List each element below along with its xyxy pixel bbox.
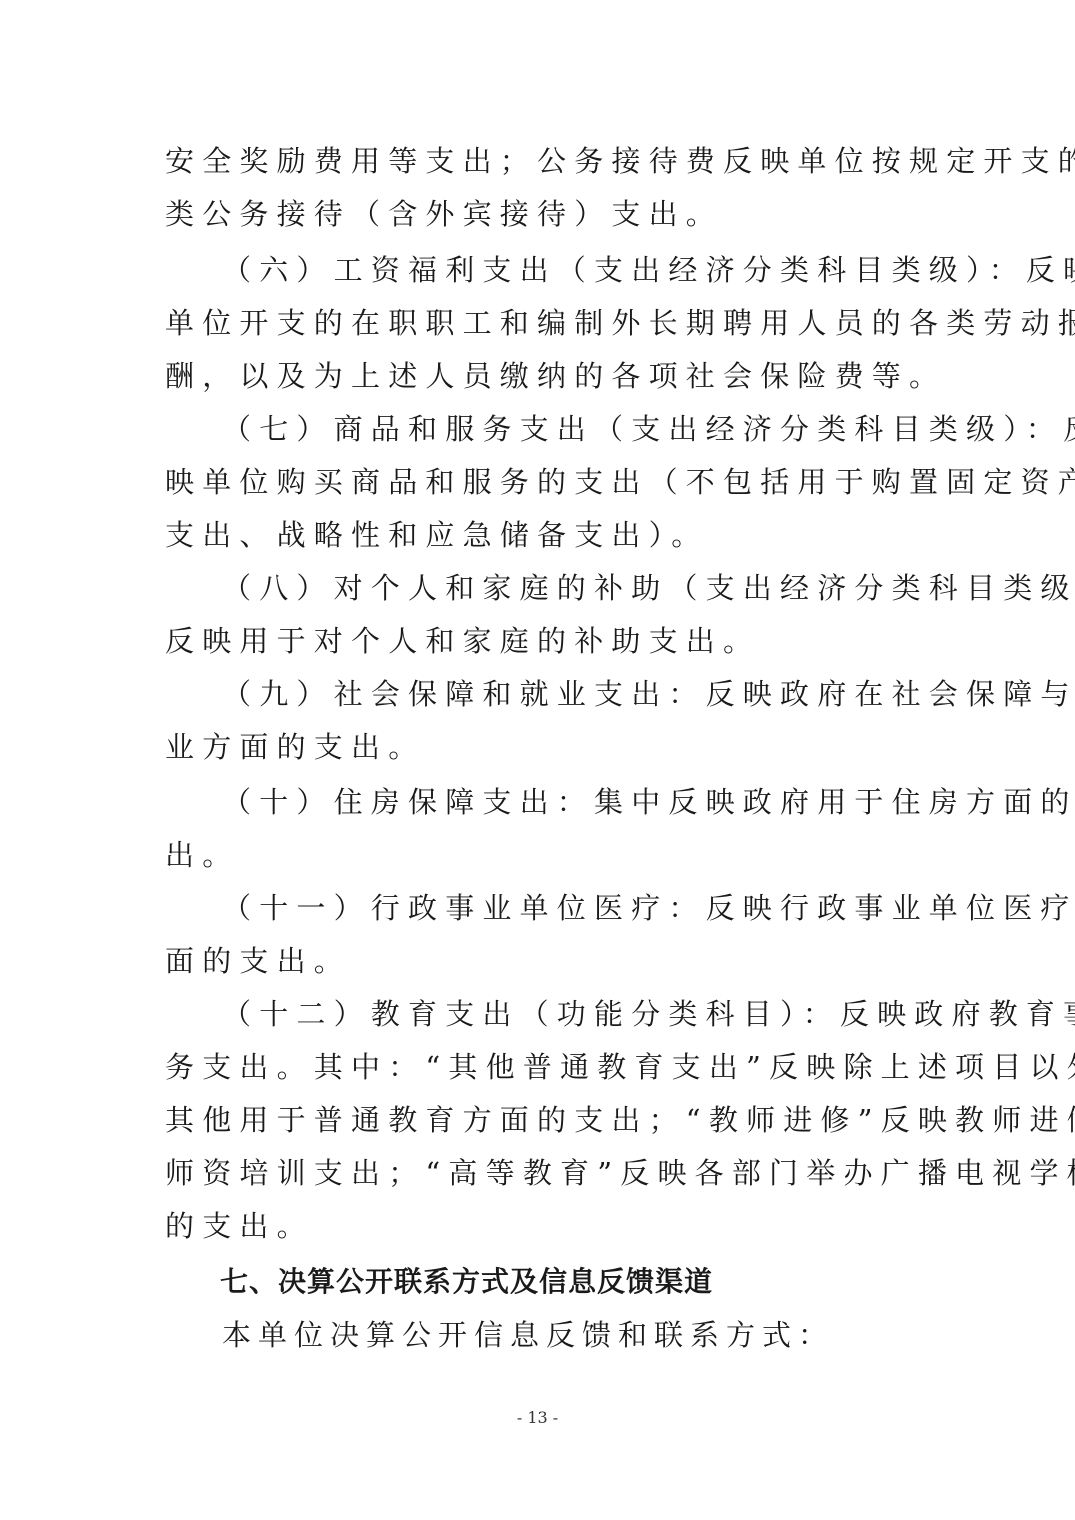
paragraph-line-item-10: （十）住房保障支出：集中反映政府用于住房方面的支 — [222, 782, 982, 822]
paragraph-line-item-11: （十一）行政事业单位医疗：反映行政事业单位医疗方 — [222, 888, 982, 928]
paragraph-line: 反映用于对个人和家庭的补助支出。 — [165, 621, 925, 661]
paragraph-line: 酬，以及为上述人员缴纳的各项社会保险费等。 — [165, 356, 925, 396]
closing-line: 本单位决算公开信息反馈和联系方式： — [222, 1315, 982, 1355]
paragraph-line: 出。 — [165, 835, 925, 875]
document-page: 安全奖励费用等支出；公务接待费反映单位按规定开支的各 类公务接待（含外宾接待）支… — [0, 0, 1075, 1520]
paragraph-line: 的支出。 — [165, 1206, 925, 1246]
paragraph-line-item-6: （六）工资福利支出（支出经济分类科目类级）：反映 — [222, 250, 982, 290]
paragraph-line: 务支出。其中：“其他普通教育支出”反映除上述项目以外 — [165, 1047, 925, 1087]
paragraph-line: 映单位购买商品和服务的支出（不包括用于购置固定资产的 — [165, 462, 925, 502]
section-heading: 七、决算公开联系方式及信息反馈渠道 — [220, 1262, 713, 1302]
paragraph-line: 其他用于普通教育方面的支出；“教师进修”反映教师进修、 — [165, 1100, 925, 1140]
paragraph-line: 安全奖励费用等支出；公务接待费反映单位按规定开支的各 — [165, 141, 925, 181]
paragraph-line: 师资培训支出；“高等教育”反映各部门举办广播电视学校 — [165, 1153, 925, 1193]
paragraph-line-item-12: （十二）教育支出（功能分类科目）：反映政府教育事 — [222, 994, 982, 1034]
paragraph-line: 业方面的支出。 — [165, 727, 925, 767]
paragraph-line-item-9: （九）社会保障和就业支出：反映政府在社会保障与就 — [222, 674, 982, 714]
paragraph-line-item-8: （八）对个人和家庭的补助（支出经济分类科目类级）： — [222, 568, 982, 608]
paragraph-line: 类公务接待（含外宾接待）支出。 — [165, 194, 925, 234]
paragraph-line: 面的支出。 — [165, 941, 925, 981]
paragraph-line: 单位开支的在职职工和编制外长期聘用人员的各类劳动报 — [165, 303, 925, 343]
paragraph-line: 支出、战略性和应急储备支出）。 — [165, 515, 925, 555]
page-number: - 13 - — [0, 1408, 1075, 1428]
paragraph-line-item-7: （七）商品和服务支出（支出经济分类科目类级）：反 — [222, 409, 982, 449]
